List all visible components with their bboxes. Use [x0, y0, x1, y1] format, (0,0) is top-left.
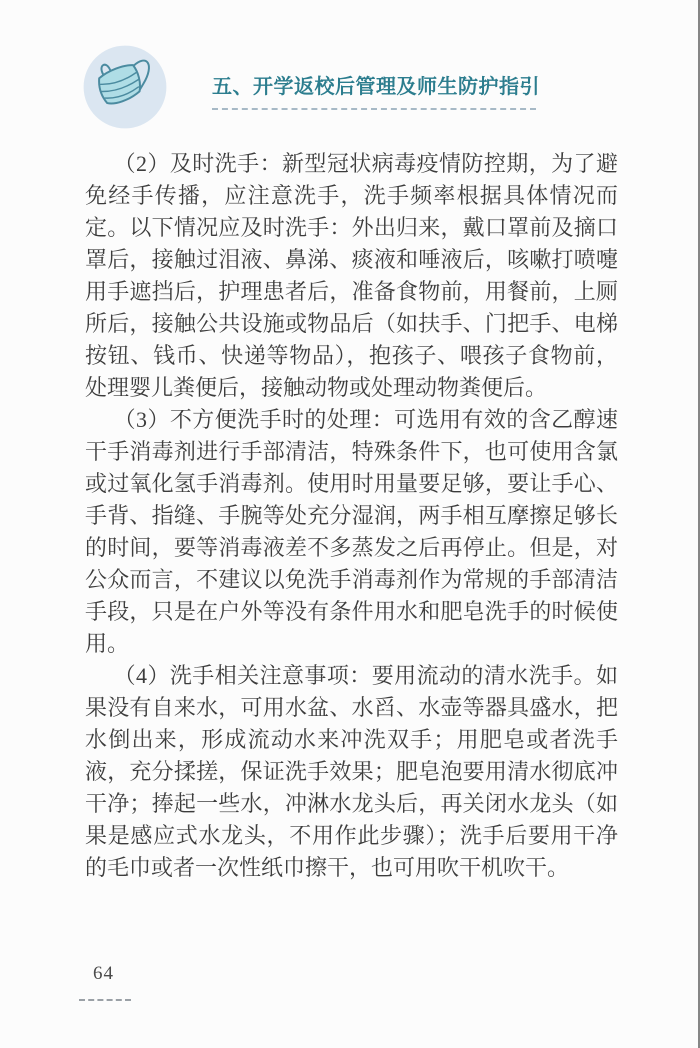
face-mask-icon [80, 42, 170, 132]
title-dashed-underline [212, 108, 536, 110]
paragraph-2: （2）及时洗手：新型冠状病毒疫情防控期，为了避免经手传播，应注意洗手，洗手频率根… [85, 148, 618, 404]
paragraph-3: （3）不方便洗手时的处理：可选用有效的含乙醇速干手消毒剂进行手部清洁，特殊条件下… [85, 404, 618, 660]
section-header: 五、开学返校后管理及师生防护指引 [80, 42, 540, 132]
page-number: 64 [93, 963, 114, 985]
section-title-block: 五、开学返校后管理及师生防护指引 [212, 64, 540, 110]
paragraph-4: （4）洗手相关注意事项：要用流动的清水洗手。如果没有自来水，可用水盆、水舀、水壶… [85, 660, 618, 884]
page-number-dashes [79, 999, 131, 1001]
body-text: （2）及时洗手：新型冠状病毒疫情防控期，为了避免经手传播，应注意洗手，洗手频率根… [85, 148, 618, 884]
book-page: 五、开学返校后管理及师生防护指引 （2）及时洗手：新型冠状病毒疫情防控期，为了避… [0, 0, 700, 1048]
section-title: 五、开学返校后管理及师生防护指引 [212, 70, 540, 99]
